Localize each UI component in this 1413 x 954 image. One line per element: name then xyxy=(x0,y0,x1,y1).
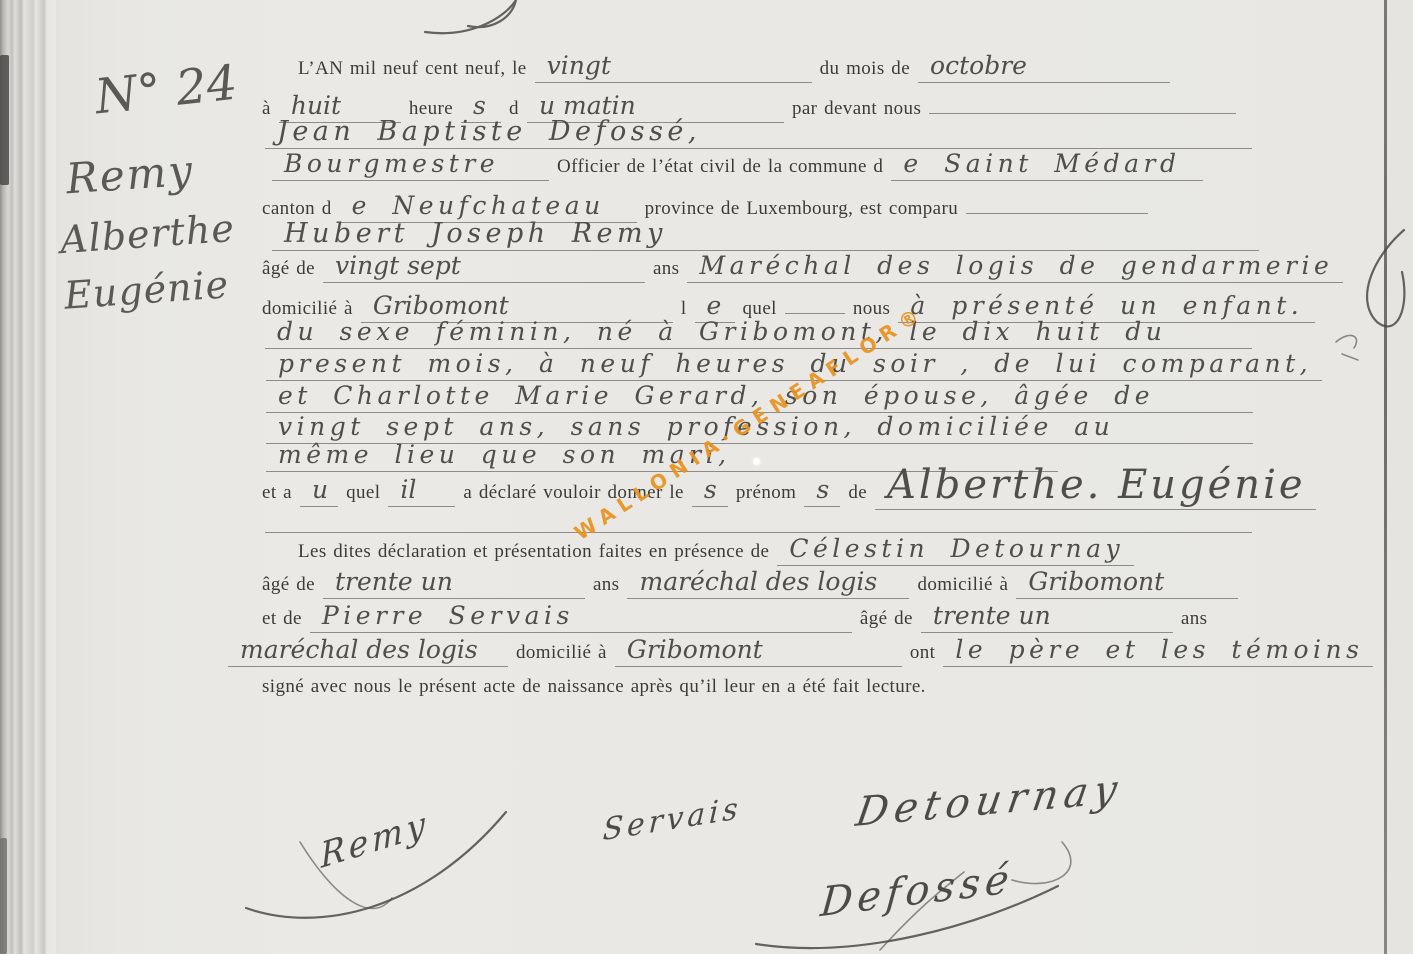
handwritten-entry: maréchal des logis xyxy=(627,568,909,599)
printed-text: âgé de xyxy=(860,608,913,629)
handwritten-entry: u xyxy=(300,476,338,507)
margin-name-given2: Eugénie xyxy=(63,262,231,317)
top-edge-flourish xyxy=(425,0,516,33)
printed-text: domicilié à xyxy=(917,574,1008,595)
printed-text: canton d xyxy=(262,198,332,219)
handwritten-entry: trente un xyxy=(323,568,585,599)
form-line: signé avec nous le présent acte de naiss… xyxy=(262,676,934,698)
printed-text: quel xyxy=(743,298,777,319)
printed-text: province de Luxembourg, est comparu xyxy=(645,198,959,219)
handwritten-entry: trente un xyxy=(921,602,1173,633)
handwritten-entry: maréchal des logis xyxy=(228,636,508,667)
handwritten-entry: vingt xyxy=(535,52,812,83)
form-line: et dePierre Servaisâgé detrente unans xyxy=(262,602,1215,633)
binding-dark-streak-bottom xyxy=(0,838,7,954)
printed-text: l xyxy=(681,298,687,319)
handwritten-entry: Jean Baptiste Defossé, xyxy=(265,116,1252,149)
handwritten-entry: Hubert Joseph Remy xyxy=(272,218,1259,251)
printed-text: âgé de xyxy=(262,258,315,279)
printed-text: nous xyxy=(853,298,891,319)
printed-text: de xyxy=(848,482,867,503)
handwritten-entry: Bourgmestre xyxy=(272,150,549,181)
margin-name-given1: Alberthe xyxy=(59,206,236,262)
printed-text: quel xyxy=(346,482,380,503)
printed-text: ont xyxy=(910,642,935,663)
form-line: L’AN mil neuf cent neuf, levingtdu mois … xyxy=(298,52,1178,83)
form-line: âgé devingt septansMaréchal des logis de… xyxy=(262,252,1351,283)
printed-text: et de xyxy=(262,608,302,629)
handwritten-entry: Gribomont xyxy=(1016,568,1238,599)
handwritten-entry-child-name: Alberthe. Eugénie xyxy=(875,462,1315,510)
handwritten-entry: present mois, à neuf heures du soir , de… xyxy=(266,350,1322,381)
printed-text: L’AN mil neuf cent neuf, le xyxy=(298,58,527,79)
form-line: du sexe féminin, né à Gribomont, le dix … xyxy=(265,318,1260,349)
printed-text: du mois de xyxy=(820,58,910,79)
margin-record-number: N° 24 xyxy=(92,55,239,126)
printed-text: ans xyxy=(1181,608,1208,629)
form-line: BourgmestreOfficier de l’état civil de l… xyxy=(272,150,1211,181)
handwritten-entry: il xyxy=(388,476,455,507)
form-line: Jean Baptiste Defossé, xyxy=(265,116,1260,149)
form-line: Les dites déclaration et présentation fa… xyxy=(298,535,1142,566)
signature-detournay-tail xyxy=(1012,842,1071,884)
signature-remy: Remy xyxy=(319,803,429,877)
handwritten-entry: e Saint Médard xyxy=(891,150,1203,181)
printed-text: Les dites déclaration et présentation fa… xyxy=(298,541,769,562)
form-line: Hubert Joseph Remy xyxy=(272,218,1267,251)
handwritten-entry: Maréchal des logis de gendarmerie xyxy=(687,252,1343,283)
printed-text: âgé de xyxy=(262,574,315,595)
handwritten-entry: du sexe féminin, né à Gribomont, le dix … xyxy=(265,318,1252,349)
printed-text: signé avec nous le présent acte de naiss… xyxy=(262,676,926,697)
blank-underline xyxy=(265,505,1252,533)
printed-text: prénom xyxy=(736,482,796,503)
form-line: maréchal des logisdomicilié àGribomonton… xyxy=(228,636,1381,667)
blank-underline xyxy=(929,86,1236,114)
form-line: âgé detrente unansmaréchal des logisdomi… xyxy=(262,568,1246,599)
handwritten-entry: s xyxy=(692,476,728,507)
right-edge-flourish-mark xyxy=(1336,335,1358,360)
printed-text: ans xyxy=(653,258,680,279)
form-line: et auquelila déclaré vouloir donner lesp… xyxy=(262,462,1324,510)
printed-text: domicilié à xyxy=(262,298,353,319)
handwritten-entry: Célestin Detournay xyxy=(777,535,1134,566)
binding-dark-streak-top xyxy=(0,55,9,185)
handwritten-entry: le père et les témoins xyxy=(943,636,1373,667)
printed-text: domicilié à xyxy=(516,642,607,663)
handwritten-entry: Pierre Servais xyxy=(310,602,852,633)
handwritten-entry: vingt sept xyxy=(323,252,645,283)
handwritten-entry: Gribomont xyxy=(615,636,902,667)
margin-name-surname: Remy xyxy=(64,146,195,204)
signature-defosse: Defossé xyxy=(819,856,1016,927)
signature-detournay: Detournay xyxy=(853,766,1126,836)
printed-text: ans xyxy=(593,574,620,595)
printed-text: et a xyxy=(262,482,292,503)
blank-underline xyxy=(966,186,1148,214)
blank-underline xyxy=(785,286,845,314)
printed-text: Officier de l’état civil de la commune d xyxy=(557,156,883,177)
next-page-edge xyxy=(1387,0,1413,954)
signature-servais: Servais xyxy=(602,791,743,849)
handwritten-entry: s xyxy=(804,476,840,507)
handwritten-entry: octobre xyxy=(918,52,1170,83)
